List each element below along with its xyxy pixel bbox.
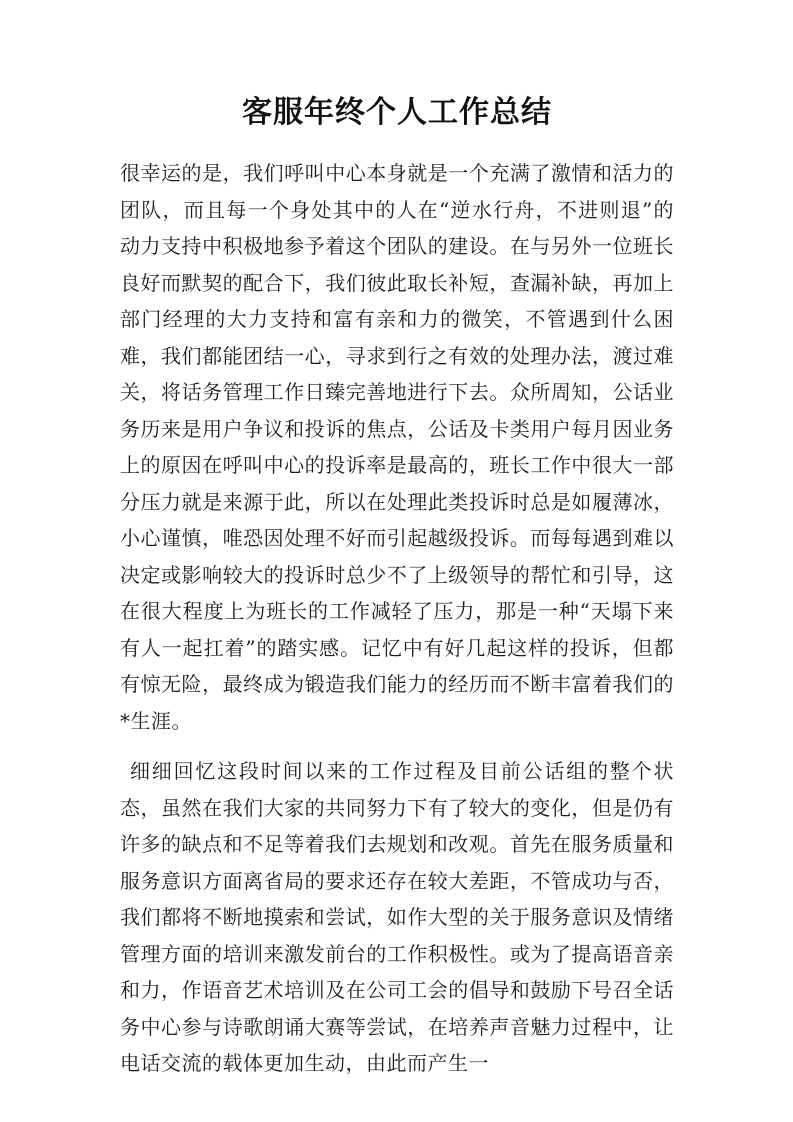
document-page: 客服年终个人工作总结 很幸运的是，我们呼叫中心本身就是一个充满了激情和活力的团队…: [0, 0, 793, 1122]
document-title: 客服年终个人工作总结: [120, 93, 674, 133]
paragraph-2: 细细回忆这段时间以来的工作过程及目前公话组的整个状态，虽然在我们大家的共同努力下…: [120, 753, 674, 1082]
paragraph-1: 很幸运的是，我们呼叫中心本身就是一个充满了激情和活力的团队，而且每一个身处其中的…: [120, 155, 674, 739]
